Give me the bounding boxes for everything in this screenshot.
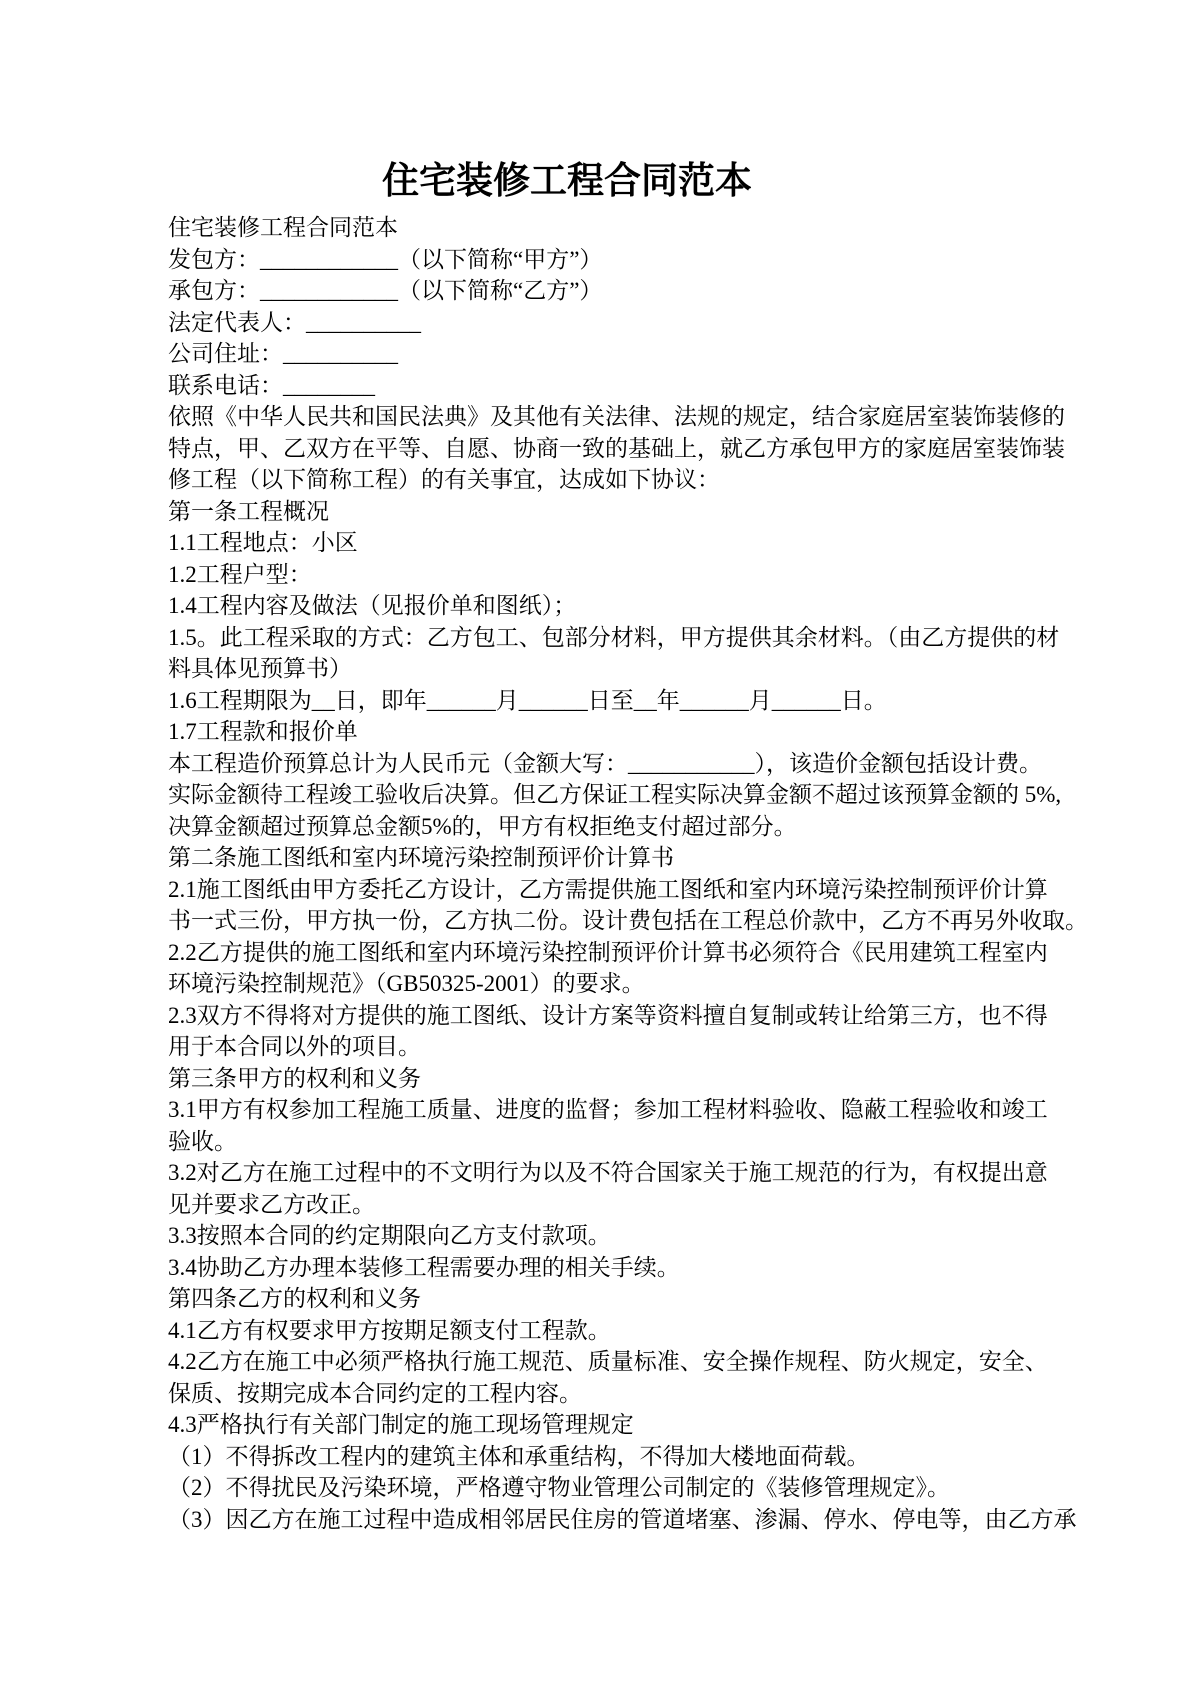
preamble-line: 依照《中华人民共和国民法典》及其他有关法律、法规的规定，结合家庭居室装饰装修的 xyxy=(168,401,1028,433)
contract-line: 3.4协助乙方办理本装修工程需要办理的相关手续。 xyxy=(168,1252,1028,1284)
contract-line: 2.1施工图纸由甲方委托乙方设计，乙方需提供施工图纸和室内环境污染控制预评价计算 xyxy=(168,874,1028,906)
contract-line: 1.1工程地点：小区 xyxy=(168,527,1028,559)
contract-line: 实际金额待工程竣工验收后决算。但乙方保证工程实际决算金额不超过该预算金额的 5%… xyxy=(168,779,1028,811)
contract-line: 1.5。此工程采取的方式：乙方包工、包部分材料，甲方提供其余材料。（由乙方提供的… xyxy=(168,622,1028,654)
contract-line: 1.2工程户型： xyxy=(168,559,1028,591)
preamble-line: 修工程（以下简称工程）的有关事宜，达成如下协议： xyxy=(168,464,1028,496)
contract-line: （1）不得拆改工程内的建筑主体和承重结构，不得加大楼地面荷载。 xyxy=(168,1441,1028,1473)
contract-line: 4.2乙方在施工中必须严格执行施工规范、质量标准、安全操作规程、防火规定，安全、 xyxy=(168,1346,1028,1378)
contract-line: 环境污染控制规范》（GB50325-2001）的要求。 xyxy=(168,968,1028,1000)
contract-line: 用于本合同以外的项目。 xyxy=(168,1031,1028,1063)
contract-line: 4.3严格执行有关部门制定的施工现场管理规定 xyxy=(168,1409,1028,1441)
company-address-line: 公司住址：__________ xyxy=(168,338,1028,370)
subtitle-line: 住宅装修工程合同范本 xyxy=(168,212,1028,244)
contract-line: 2.3双方不得将对方提供的施工图纸、设计方案等资料擅自复制或转让给第三方，也不得 xyxy=(168,1000,1028,1032)
document-page: 住宅装修工程合同范本 住宅装修工程合同范本 发包方：____________（以… xyxy=(0,0,1190,1683)
party-a-line: 发包方：____________（以下简称“甲方”） xyxy=(168,244,1028,276)
contract-line: 2.2乙方提供的施工图纸和室内环境污染控制预评价计算书必须符合《民用建筑工程室内 xyxy=(168,937,1028,969)
contract-line: 保质、按期完成本合同约定的工程内容。 xyxy=(168,1378,1028,1410)
contract-line: 3.3按照本合同的约定期限向乙方支付款项。 xyxy=(168,1220,1028,1252)
contract-line: 1.7工程款和报价单 xyxy=(168,716,1028,748)
clause-3-heading: 第三条甲方的权利和义务 xyxy=(168,1063,1028,1095)
clause-1-heading: 第一条工程概况 xyxy=(168,496,1028,528)
contract-line: 3.1甲方有权参加工程施工质量、进度的监督；参加工程材料验收、隐蔽工程验收和竣工 xyxy=(168,1094,1028,1126)
contact-phone-line: 联系电话：________ xyxy=(168,370,1028,402)
contract-line: 书一式三份，甲方执一份，乙方执二份。设计费包括在工程总价款中，乙方不再另外收取。 xyxy=(168,905,1028,937)
contract-line: 本工程造价预算总计为人民币元（金额大写：___________），该造价金额包括… xyxy=(168,748,1028,780)
contract-line: 见并要求乙方改正。 xyxy=(168,1189,1028,1221)
document-title: 住宅装修工程合同范本 xyxy=(0,150,1134,204)
legal-representative-line: 法定代表人：__________ xyxy=(168,307,1028,339)
contract-line: （3）因乙方在施工过程中造成相邻居民住房的管道堵塞、渗漏、停水、停电等，由乙方承 xyxy=(168,1504,1028,1536)
contract-line: 3.2对乙方在施工过程中的不文明行为以及不符合国家关于施工规范的行为，有权提出意 xyxy=(168,1157,1028,1189)
contract-line: 1.6工程期限为__日，即年______月______日至__年______月_… xyxy=(168,685,1028,717)
clause-4-heading: 第四条乙方的权利和义务 xyxy=(168,1283,1028,1315)
contract-line: 验收。 xyxy=(168,1126,1028,1158)
contract-line: 决算金额超过预算总金额5%的，甲方有权拒绝支付超过部分。 xyxy=(168,811,1028,843)
preamble-line: 特点，甲、乙双方在平等、自愿、协商一致的基础上，就乙方承包甲方的家庭居室装饰装 xyxy=(168,433,1028,465)
clause-2-heading: 第二条施工图纸和室内环境污染控制预评价计算书 xyxy=(168,842,1028,874)
document-body: 住宅装修工程合同范本 发包方：____________（以下简称“甲方”） 承包… xyxy=(168,212,1028,1535)
party-b-line: 承包方：____________（以下简称“乙方”） xyxy=(168,275,1028,307)
contract-line: （2）不得扰民及污染环境，严格遵守物业管理公司制定的《装修管理规定》。 xyxy=(168,1472,1028,1504)
contract-line: 料具体见预算书） xyxy=(168,653,1028,685)
contract-line: 1.4工程内容及做法（见报价单和图纸）； xyxy=(168,590,1028,622)
contract-line: 4.1乙方有权要求甲方按期足额支付工程款。 xyxy=(168,1315,1028,1347)
